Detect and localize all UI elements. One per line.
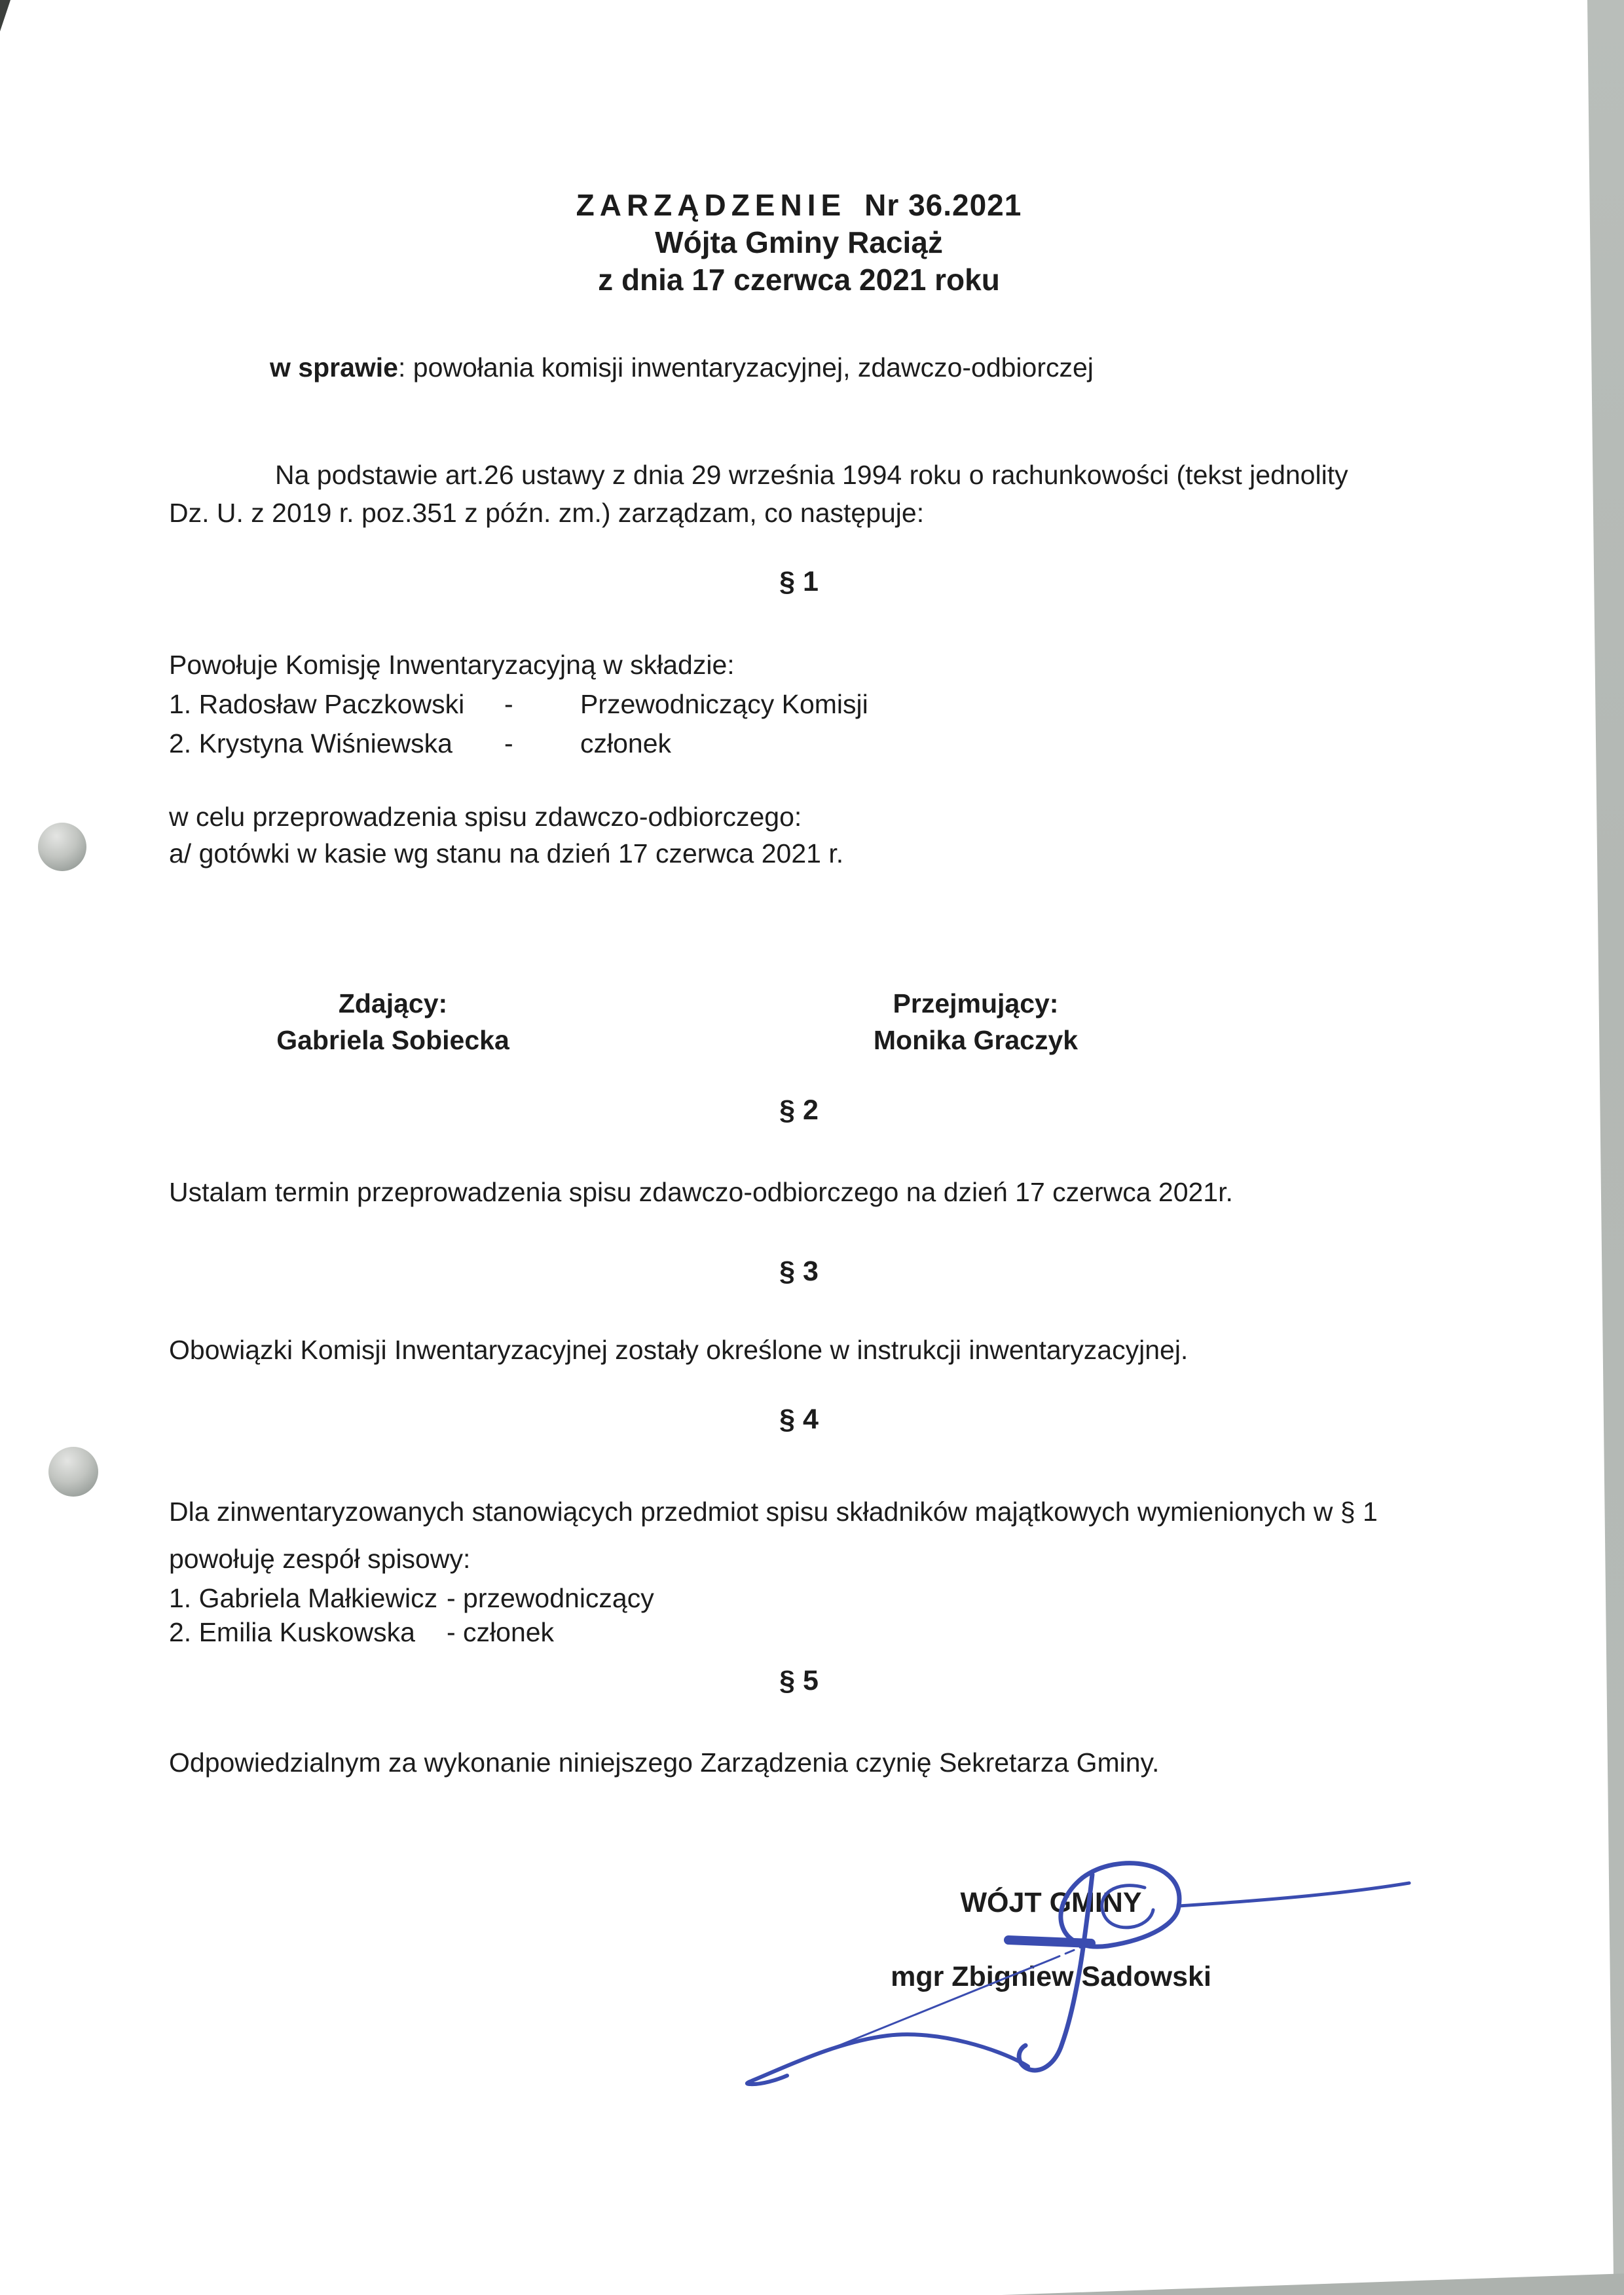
subject-text: : powołania komisji inwentaryzacyjnej, z… [398, 352, 1094, 382]
punch-hole [48, 1447, 98, 1497]
document-title: ZARZĄDZENIENr 36.2021 Wójta Gminy Raciąż… [170, 187, 1428, 299]
scan-corner-artifact [0, 0, 10, 31]
section-4-mark: § 4 [170, 1404, 1428, 1436]
section-1-intro: Powołuje Komisję Inwentaryzacyjną w skła… [169, 646, 735, 684]
subject-line: w sprawie: powołania komisji inwentaryza… [270, 348, 1094, 386]
scanner-background-right [1587, 0, 1624, 2295]
handwritten-signature [720, 1847, 1441, 2109]
section-4-text-line-1: Dla zinwentaryzowanych stanowiących prze… [169, 1493, 1378, 1531]
title-date: z dnia 17 czerwca 2021 roku [170, 261, 1428, 299]
party-label: Przejmujący: [845, 985, 1107, 1022]
section-2-text: Ustalam termin przeprowadzenia spisu zda… [169, 1173, 1233, 1211]
section-5-text: Odpowiedzialnym za wykonanie niniejszego… [169, 1744, 1159, 1782]
scanner-background-bottom [1002, 2269, 1624, 2295]
team-member-row: 2. Emilia Kuskowska- członek [169, 1613, 554, 1651]
party-name: Monika Graczyk [845, 1022, 1107, 1058]
subject-label: w sprawie [270, 352, 398, 382]
purpose-line-1: w celu przeprowadzenia spisu zdawczo-odb… [169, 798, 802, 836]
legal-basis-line-1: Na podstawie art.26 ustawy z dnia 29 wrz… [275, 456, 1348, 494]
section-5-mark: § 5 [170, 1665, 1428, 1697]
purpose-line-2: a/ gotówki w kasie wg stanu na dzień 17 … [169, 834, 843, 872]
commission-member-row: 2. Krystyna Wiśniewska-członek [169, 724, 671, 762]
section-3-text: Obowiązki Komisji Inwentaryzacyjnej zost… [169, 1331, 1188, 1369]
section-3-mark: § 3 [170, 1256, 1428, 1288]
punch-hole [38, 823, 86, 871]
team-member-row: 1. Gabriela Małkiewicz- przewodniczący [169, 1579, 654, 1617]
handover-party-receiving: Przejmujący: Monika Graczyk [845, 985, 1107, 1058]
commission-member-row: 1. Radosław Paczkowski-Przewodniczący Ko… [169, 685, 868, 723]
section-2-mark: § 2 [170, 1094, 1428, 1127]
legal-basis-line-2: Dz. U. z 2019 r. poz.351 z późn. zm.) za… [169, 494, 924, 532]
title-issuer: Wójta Gminy Raciąż [170, 224, 1428, 261]
scanned-document-page: { "scan": { "paper_color": "#ffffff", "s… [0, 0, 1624, 2295]
section-1-mark: § 1 [170, 566, 1428, 598]
section-4-text-line-2: powołuję zespół spisowy: [169, 1540, 470, 1578]
party-label: Zdający: [262, 985, 524, 1022]
title-line-1: ZARZĄDZENIENr 36.2021 [170, 187, 1428, 224]
handover-party-giving: Zdający: Gabriela Sobiecka [262, 985, 524, 1058]
party-name: Gabriela Sobiecka [262, 1022, 524, 1058]
title-word: ZARZĄDZENIE [576, 188, 847, 222]
title-number: Nr 36.2021 [864, 188, 1022, 222]
